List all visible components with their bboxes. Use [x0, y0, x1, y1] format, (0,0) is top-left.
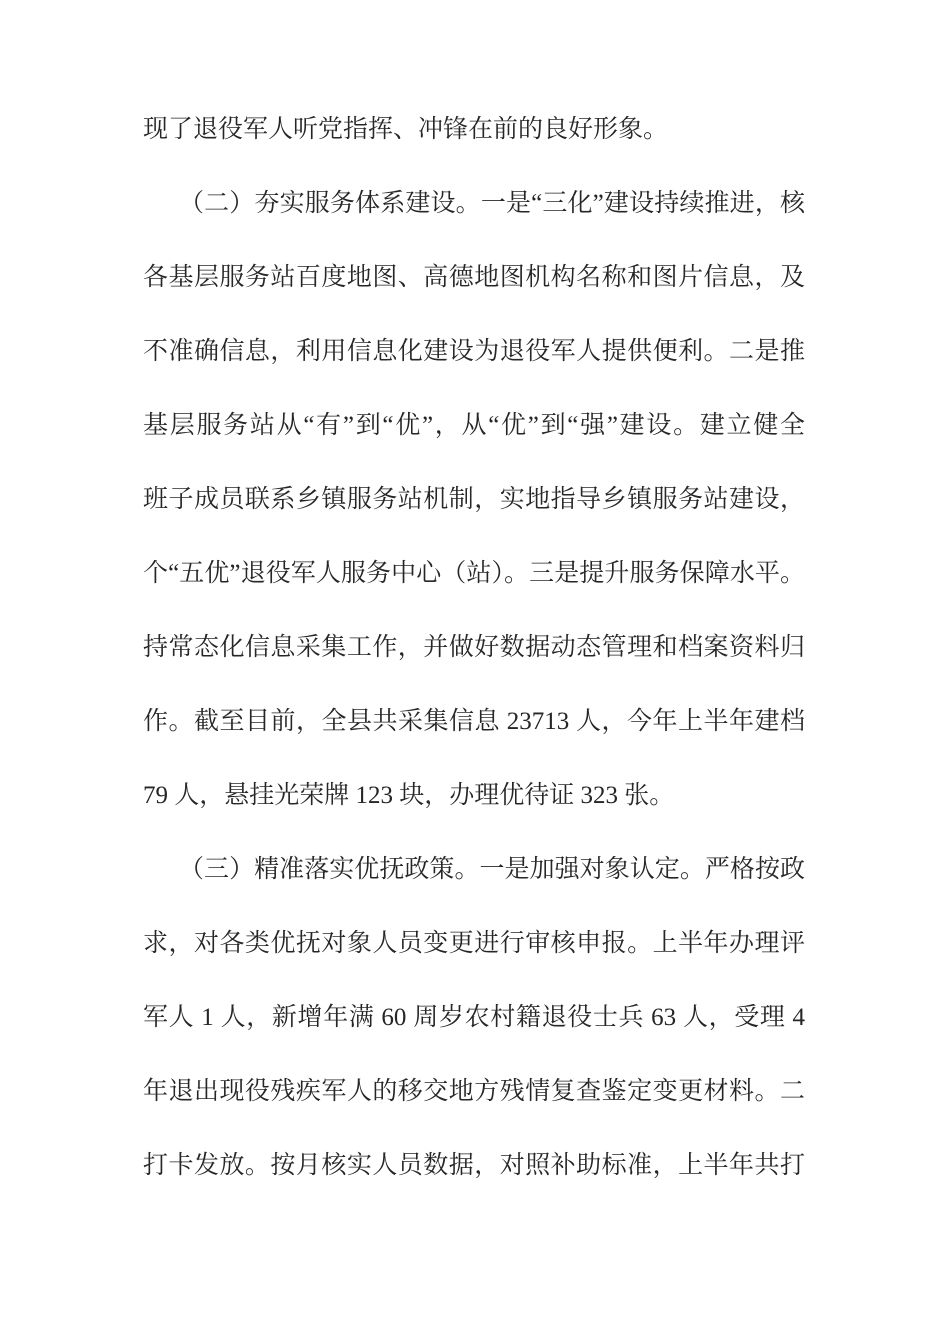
paragraph-section-three: （三）精准落实优抚政策。一是加强对象认定。严格按政策要 求，对各类优抚对象人员变…: [143, 833, 805, 1203]
paragraph-continuation: 现了退役军人听党指挥、冲锋在前的良好形象。: [143, 93, 805, 167]
document-line: 持常态化信息采集工作，并做好数据动态管理和档案资料归档工: [143, 611, 805, 685]
document-line: 各基层服务站百度地图、高德地图机构名称和图片信息，及时纠正: [143, 241, 805, 315]
document-line: （二）夯实服务体系建设。一是“三化”建设持续推进，核查: [143, 167, 805, 241]
document-line: 班子成员联系乡镇服务站机制，实地指导乡镇服务站建设，建成 46: [143, 463, 805, 537]
document-line: 作。截至目前，全县共采集信息 23713 人，今年上半年建档立卡年: [143, 685, 805, 759]
document-line: 个“五优”退役军人服务中心（站）。三是提升服务保障水平。坚: [143, 537, 805, 611]
document-line: 基层服务站从“有”到“优”，从“优”到“强”建设。建立健全: [143, 389, 805, 463]
document-body: 现了退役军人听党指挥、冲锋在前的良好形象。 （二）夯实服务体系建设。一是“三化”…: [143, 93, 805, 1203]
document-line: 打卡发放。按月核实人员数据，对照补助标准，上半年共打卡发放: [143, 1129, 805, 1203]
document-line: （三）精准落实优抚政策。一是加强对象认定。严格按政策要: [143, 833, 805, 907]
document-line: 79 人，悬挂光荣牌 123 块，办理优待证 323 张。: [143, 759, 805, 833]
paragraph-section-two: （二）夯实服务体系建设。一是“三化”建设持续推进，核查 各基层服务站百度地图、高…: [143, 167, 805, 833]
document-line: 不准确信息，利用信息化建设为退役军人提供便利。二是推动服务: [143, 315, 805, 389]
document-line: 年退出现役残疾军人的移交地方残情复查鉴定变更材料。二是及时: [143, 1055, 805, 1129]
document-line: 军人 1 人，新增年满 60 周岁农村籍退役士兵 63 人，受理 4 名 202…: [143, 981, 805, 1055]
document-line: 现了退役军人听党指挥、冲锋在前的良好形象。: [143, 93, 805, 167]
document-line: 求，对各类优抚对象人员变更进行审核申报。上半年办理评定残疾: [143, 907, 805, 981]
document-page: 现了退役军人听党指挥、冲锋在前的良好形象。 （二）夯实服务体系建设。一是“三化”…: [0, 0, 950, 1344]
